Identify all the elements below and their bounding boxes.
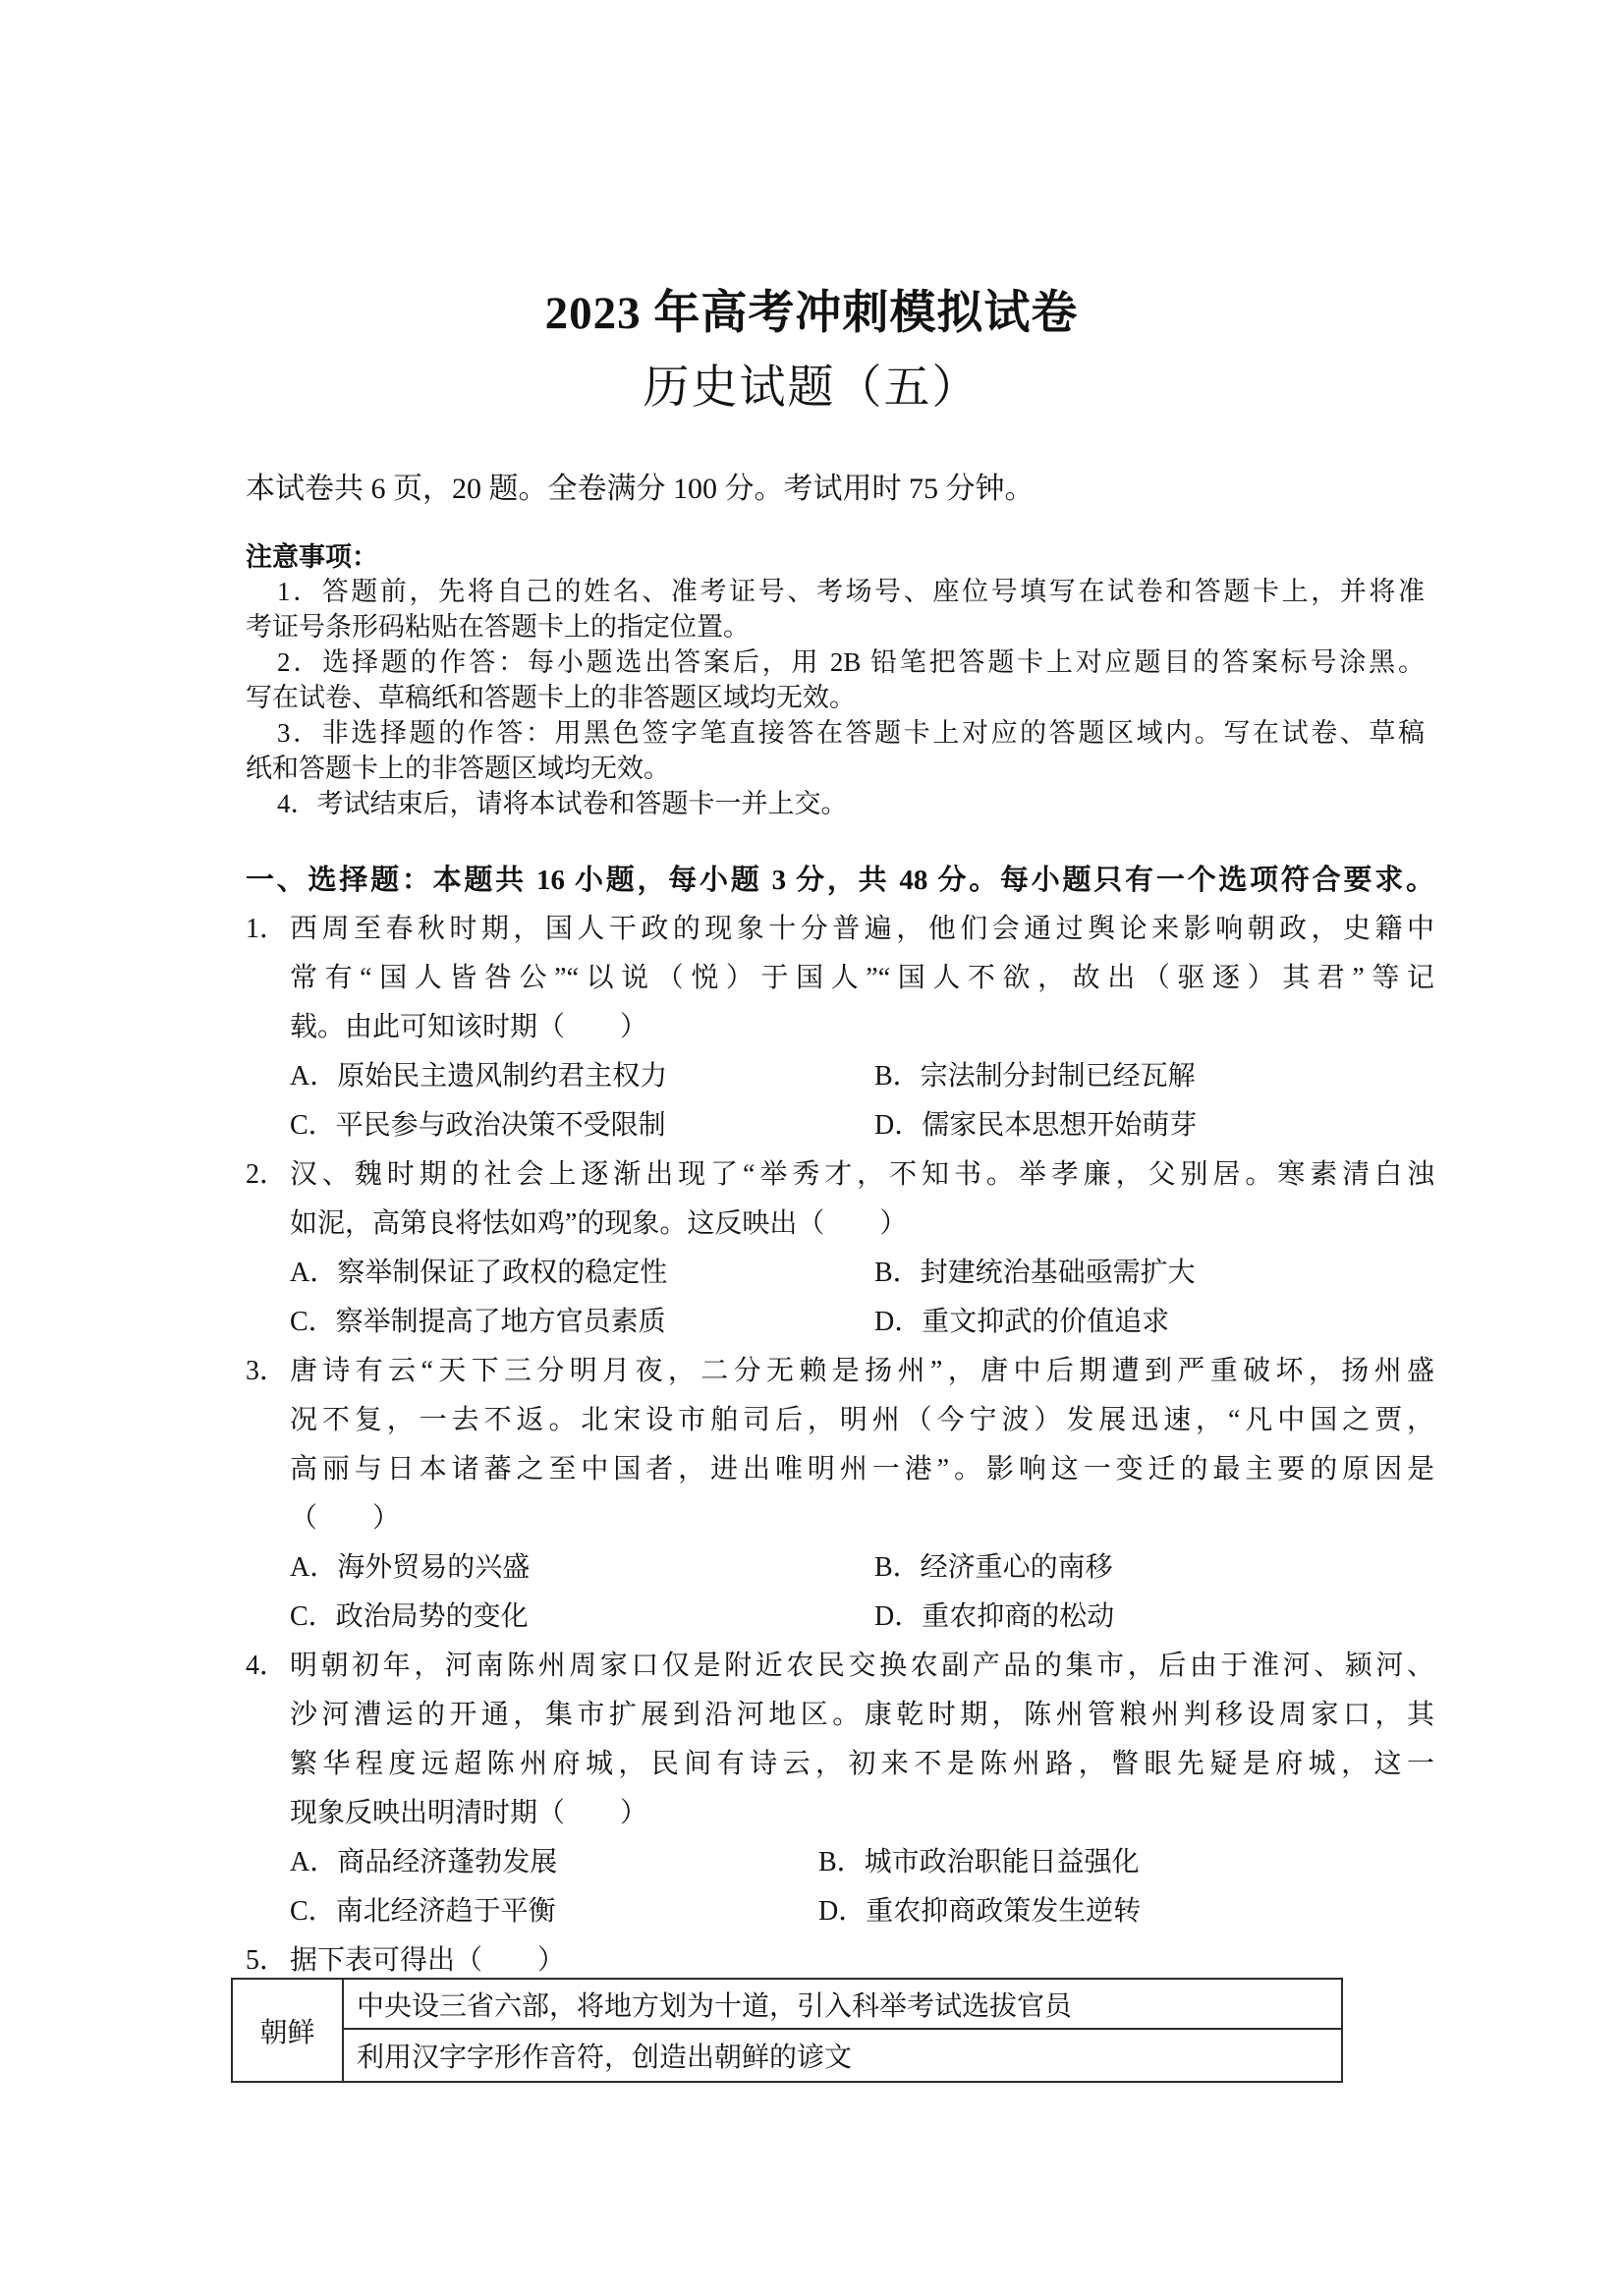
question-number: 4．	[246, 1642, 287, 1691]
question-number: 2．	[246, 1150, 287, 1200]
question-text-line: 况不复，一去不返。北宋设市舶司后，明州（今宁波）发展迅速，“凡中国之贾，	[290, 1396, 1434, 1445]
question-text: 汉、魏时期的社会上逐渐出现了“举秀才，不知书。举孝廉，父别居。寒素清白浊	[290, 1159, 1434, 1190]
exam-title: 2023 年高考冲刺模拟试卷	[0, 287, 1623, 340]
table-cell: 利用汉字字形作音符，创造出朝鲜的谚文	[343, 2029, 1342, 2082]
option-c: C．平民参与政治决策不受限制	[290, 1110, 666, 1141]
option-b: B．城市政治职能日益强化	[818, 1838, 1140, 1887]
question-text-line: 3．唐诗有云“天下三分明月夜，二分无赖是扬州”，唐中后期遭到严重破坏，扬州盛	[290, 1347, 1434, 1396]
notice-line: 3．非选择题的作答：用黑色签字笔直接答在答题卡上对应的答题区域内。写在试卷、草稿	[246, 715, 1425, 751]
option-d: D．重农抑商的松动	[874, 1593, 1114, 1642]
notice-line: 纸和答题卡上的非答题区域均无效。	[246, 751, 1425, 786]
notice-list: 1．答题前，先将自己的姓名、准考证号、考场号、座位号填写在试卷和答题卡上，并将准…	[246, 574, 1425, 821]
option-row: A．海外贸易的兴盛 B．经济重心的南移	[290, 1543, 1434, 1593]
korea-table: 朝鲜 中央设三省六部，将地方划为十道，引入科举考试选拔官员 利用汉字字形作音符，…	[231, 1978, 1343, 2083]
option-d: D．儒家民本思想开始萌芽	[874, 1101, 1197, 1150]
question-text-line: 现象反映出明清时期（ ）	[290, 1789, 1434, 1838]
option-row: A．察举制保证了政权的稳定性 B．封建统治基础亟需扩大	[290, 1249, 1434, 1298]
option-row: C．南北经济趋于平衡 D．重农抑商政策发生逆转	[290, 1887, 1434, 1936]
option-a: A．原始民主遗风制约君主权力	[290, 1061, 667, 1092]
question-number: 1．	[246, 905, 287, 954]
option-b: B．宗法制分封制已经瓦解	[874, 1052, 1196, 1101]
question-text-line: 4．明朝初年，河南陈州周家口仅是附近农民交换农副产品的集市，后由于淮河、颍河、	[290, 1642, 1434, 1691]
notice-heading: 注意事项：	[246, 540, 378, 574]
option-row: A．原始民主遗风制约君主权力 B．宗法制分封制已经瓦解	[290, 1052, 1434, 1101]
notice-line: 写在试卷、草稿纸和答题卡上的非答题区域均无效。	[246, 680, 1425, 715]
notice-line: 2．选择题的作答：每小题选出答案后，用 2B 铅笔把答题卡上对应题目的答案标号涂…	[246, 644, 1425, 680]
table-row-header: 朝鲜	[232, 1979, 343, 2082]
notice-line: 考证号条形码粘贴在答题卡上的指定位置。	[246, 609, 1425, 644]
option-a: A．商品经济蓬勃发展	[290, 1847, 557, 1877]
option-d: D．重文抑武的价值追求	[874, 1298, 1169, 1347]
multiple-choice-section: 一、选择题：本题共 16 小题，每小题 3 分，共 48 分。每小题只有一个选项…	[0, 856, 1623, 1986]
option-row: C．平民参与政治决策不受限制 D．儒家民本思想开始萌芽	[290, 1101, 1434, 1150]
option-a: A．海外贸易的兴盛	[290, 1552, 530, 1583]
section-heading: 一、选择题：本题共 16 小题，每小题 3 分，共 48 分。每小题只有一个选项…	[246, 856, 1434, 905]
option-a: A．察举制保证了政权的稳定性	[290, 1258, 667, 1288]
option-row: A．商品经济蓬勃发展 B．城市政治职能日益强化	[290, 1838, 1434, 1887]
exam-subtitle: 历史试题（五）	[0, 362, 1623, 415]
option-c: C．南北经济趋于平衡	[290, 1896, 556, 1927]
question-text-line: 载。由此可知该时期（ ）	[290, 1003, 1434, 1052]
question-text-line: 常有“国人皆咎公”“以说（悦）于国人”“国人不欲，故出（驱逐）其君”等记	[290, 954, 1434, 1003]
question-text: 西周至春秋时期，国人干政的现象十分普遍，他们会通过舆论来影响朝政，史籍中	[290, 914, 1434, 944]
notice-line: 4．考试结束后，请将本试卷和答题卡一并上交。	[246, 786, 1425, 821]
question-text-line: （ ）	[290, 1494, 1434, 1543]
option-row: C．政治局势的变化 D．重农抑商的松动	[290, 1593, 1434, 1642]
option-b: B．封建统治基础亟需扩大	[874, 1249, 1196, 1298]
notice-line: 1．答题前，先将自己的姓名、准考证号、考场号、座位号填写在试卷和答题卡上，并将准	[246, 574, 1425, 609]
question-text-line: 高丽与日本诸蕃之至中国者，进出唯明州一港”。影响这一变迁的最主要的原因是	[290, 1445, 1434, 1494]
option-row: C．察举制提高了地方官员素质 D．重文抑武的价值追求	[290, 1298, 1434, 1347]
question-text: 据下表可得出（ ）	[290, 1945, 565, 1976]
exam-info-line: 本试卷共 6 页，20 题。全卷满分 100 分。考试用时 75 分钟。	[246, 471, 1035, 508]
question-text-line: 沙河漕运的开通，集市扩展到沿河地区。康乾时期，陈州管粮州判移设周家口，其	[290, 1691, 1434, 1740]
table-cell: 中央设三省六部，将地方划为十道，引入科举考试选拔官员	[343, 1979, 1342, 2029]
question-number: 3．	[246, 1347, 287, 1396]
question-text-line: 繁华程度远超陈州府城，民间有诗云，初来不是陈州路，瞥眼先疑是府城，这一	[290, 1740, 1434, 1789]
question-text-line: 2．汉、魏时期的社会上逐渐出现了“举秀才，不知书。举孝廉，父别居。寒素清白浊	[290, 1150, 1434, 1200]
option-b: B．经济重心的南移	[874, 1543, 1113, 1593]
option-d: D．重农抑商政策发生逆转	[818, 1887, 1141, 1936]
option-c: C．察举制提高了地方官员素质	[290, 1307, 666, 1337]
question-text-line: 如泥，高第良将怯如鸡”的现象。这反映出（ ）	[290, 1200, 1434, 1249]
option-c: C．政治局势的变化	[290, 1601, 529, 1632]
question-text-line: 1．西周至春秋时期，国人干政的现象十分普遍，他们会通过舆论来影响朝政，史籍中	[290, 905, 1434, 954]
table-row: 朝鲜 中央设三省六部，将地方划为十道，引入科举考试选拔官员	[232, 1979, 1342, 2029]
table-row: 利用汉字字形作音符，创造出朝鲜的谚文	[232, 2029, 1342, 2082]
question-text: 唐诗有云“天下三分明月夜，二分无赖是扬州”，唐中后期遭到严重破坏，扬州盛	[290, 1356, 1434, 1386]
question-text: 明朝初年，河南陈州周家口仅是附近农民交换农副产品的集市，后由于淮河、颍河、	[290, 1651, 1434, 1681]
